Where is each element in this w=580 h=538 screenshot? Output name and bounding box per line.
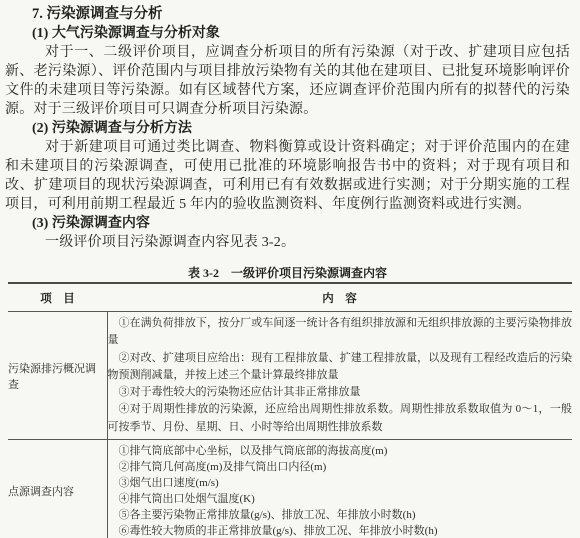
document-page: 7. 污染源调查与分析 (1) 大气污染源调查与分析对象 对于一、二级评价项目，… xyxy=(0,0,580,538)
row-content-point-source: ①排气筒底部中心坐标，以及排气筒底部的海拔高度(m) ②排气筒几何高度(m)及排… xyxy=(107,440,572,538)
table-row-emission-overview: 污染源排污概况调查 ①在满负荷排放下，按分厂或车间逐一统计各有组织排放源和无组织… xyxy=(8,312,572,440)
subheading-survey-objects: (1) 大气污染源调查与分析对象 xyxy=(5,24,570,43)
list-item: ①在满负荷排放下，按分厂或车间逐一统计各有组织排放源和无组织排放源的主要污染物排… xyxy=(108,315,573,350)
table-row-point-source: 点源调查内容 ①排气筒底部中心坐标，以及排气筒底部的海拔高度(m) ②排气筒几何… xyxy=(8,440,572,538)
subheading-survey-methods: (2) 污染源调查与分析方法 xyxy=(5,119,570,138)
list-item: ⑤各主要污染物正常排放量(g/s)、排放工况、年排放小时数(h) xyxy=(108,507,573,523)
pollution-source-survey-table: 项 目 内 容 污染源排污概况调查 ①在满负荷排放下，按分厂或车间逐一统计各有组… xyxy=(8,282,572,538)
row-content-emission-overview: ①在满负荷排放下，按分厂或车间逐一统计各有组织排放源和无组织排放源的主要污染物排… xyxy=(107,312,572,440)
table-header-content: 内 容 xyxy=(107,283,572,312)
paragraph-survey-methods: 对于新建项目可通过类比调查、物料衡算或设计资料确定；对于评价范围内的在建和未建项… xyxy=(5,138,570,214)
subheading-survey-content: (3) 污染源调查内容 xyxy=(5,214,570,233)
paragraph-survey-content: 一级评价项目污染源调查内容见表 3-2。 xyxy=(5,233,570,252)
list-item: ②对改、扩建项目应给出：现有工程排放量、扩建工程排放量，以及现有工程经改造后的污… xyxy=(108,350,573,385)
paragraph-survey-objects: 对于一、二级评价项目，应调查分析项目的所有污染源（对于改、扩建项目应包括新、老污… xyxy=(5,43,570,119)
list-item: ⑥毒性较大物质的非正常排放量(g/s)、排放工况、年排放小时数(h) xyxy=(108,523,573,538)
row-label-point-source: 点源调查内容 xyxy=(8,440,107,538)
list-item: ①排气筒底部中心坐标，以及排气筒底部的海拔高度(m) xyxy=(108,443,573,459)
table-header-row: 项 目 内 容 xyxy=(8,283,572,312)
row-label-emission-overview: 污染源排污概况调查 xyxy=(8,312,107,440)
table-header-item: 项 目 xyxy=(8,283,107,312)
list-item: ④排气筒出口处烟气温度(K) xyxy=(108,491,573,507)
list-item: ③对于毒性较大的污染物还应估计其非正常排放量 xyxy=(108,384,573,401)
list-item: ④对于周期性排放的污染源，还应给出周期性排放系数。周期性排放系数取值为 0～1，… xyxy=(108,401,573,436)
section-heading: 7. 污染源调查与分析 xyxy=(5,5,570,24)
list-item: ③烟气出口速度(m/s) xyxy=(108,475,573,491)
list-item: ②排气筒几何高度(m)及排气筒出口内径(m) xyxy=(108,459,573,475)
table-title: 表 3-2 一级评价项目污染源调查内容 xyxy=(5,265,570,282)
